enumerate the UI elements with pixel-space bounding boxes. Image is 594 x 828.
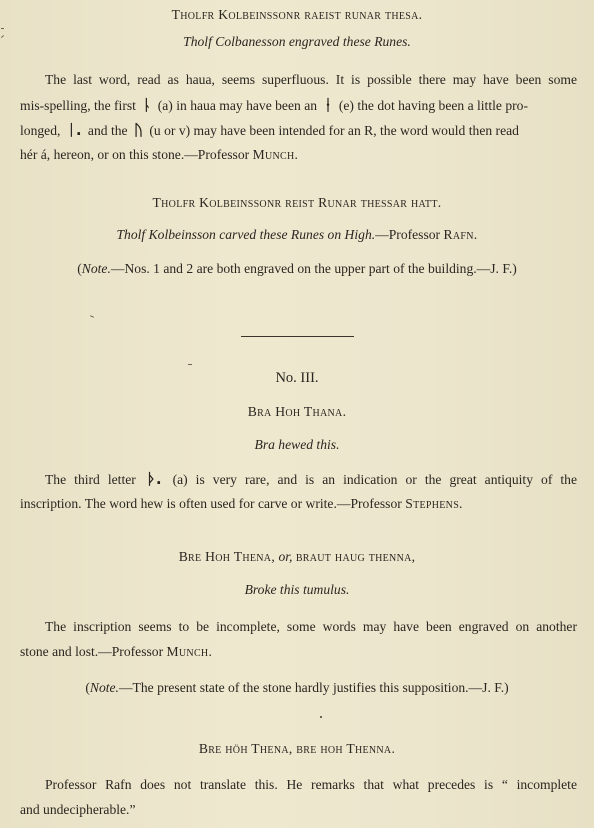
heading-part: braut haug thenna, (296, 549, 415, 564)
editor-note-1: (Note.—Nos. 1 and 2 are both engraved on… (0, 260, 594, 278)
text-span: (e) the dot having been a little pro- (339, 98, 528, 113)
paragraph-line: The last word, read as haua, seems super… (20, 71, 577, 89)
paragraph-line: Professor Rafn does not translate this. … (20, 776, 577, 794)
inscription-translation-3: Bra hewed this. (0, 436, 594, 454)
section-divider-rule (241, 336, 354, 337)
inscription-heading-2: Tholfr Kolbeinssonr reist Runar thessar … (0, 194, 594, 212)
author-name: Munch. (253, 147, 299, 162)
paragraph-line: longed, ᛁ. and the ᚢ (u or v) may have b… (20, 121, 577, 140)
note-label: Note. (82, 261, 111, 276)
heading-part: Bre Hoh Thena, (179, 549, 275, 564)
inscription-translation-2: Tholf Kolbeinsson carved these Runes on … (0, 226, 594, 244)
text-span: mis-spelling, the first (20, 98, 136, 113)
rune-dotted-glyph: ᛁ. (64, 121, 85, 139)
text-span: longed, (20, 123, 60, 138)
text-span: (a) is very rare, and is an indication o… (173, 472, 577, 487)
text-span: and the (88, 123, 128, 138)
inscription-translation-1: Tholf Colbanesson engraved these Runes. (0, 33, 594, 51)
paper-speck (90, 315, 94, 318)
rune-a-glyph: ᚿ (139, 96, 154, 114)
note-text: —Nos. 1 and 2 are both engraved on the u… (111, 261, 517, 276)
text-span: stone and lost.—Professor (20, 644, 163, 659)
inscription-heading-5: Bre höh Thena, bre hoh Thenna. (0, 740, 594, 758)
text-span: The third letter (45, 472, 136, 487)
inscription-translation-4: Broke this tumulus. (0, 581, 594, 599)
note-text: —The present state of the stone hardly j… (119, 680, 509, 695)
rune-thorn-glyph: ᚦ. (144, 470, 165, 488)
editor-note-2: (Note.—The present state of the stone ha… (0, 679, 594, 697)
paragraph-line: mis-spelling, the first ᚿ (a) in haua ma… (20, 96, 577, 115)
paragraph-line: hér á, hereon, or on this stone.—Profess… (20, 146, 298, 164)
paper-speck (320, 716, 322, 718)
author-name: Rafn. (444, 227, 478, 242)
text-span: hér á, hereon, or on this stone.—Profess… (20, 147, 249, 162)
inscription-heading-1: Tholfr Kolbeinssonr raeist runar thesa. (0, 6, 594, 24)
paper-speck (188, 364, 192, 365)
note-label: Note. (90, 680, 119, 695)
text-span: (u or v) may have been intended for an R… (149, 123, 519, 138)
document-page: Tholfr Kolbeinssonr raeist runar thesa. … (0, 0, 594, 828)
paper-speck (1, 28, 4, 29)
inscription-heading-4: Bre Hoh Thena, or, braut haug thenna, (0, 548, 594, 566)
translation-text: Tholf Kolbeinsson carved these Runes on … (117, 227, 376, 242)
text-span: inscription. The word hew is often used … (20, 496, 402, 511)
paragraph-line: inscription. The word hew is often used … (20, 495, 463, 513)
attribution-prefix: —Professor (375, 227, 440, 242)
paragraph-line: stone and lost.—Professor Munch. (20, 643, 212, 661)
inscription-heading-3: Bra Hoh Thana. (0, 403, 594, 421)
author-name: Stephens. (405, 496, 463, 511)
paragraph-line: and undecipherable.” (20, 801, 136, 819)
text-span: (a) in haua may have been an (158, 98, 317, 113)
paragraph-line: The third letter ᚦ. (a) is very rare, an… (20, 470, 577, 489)
author-name: Munch. (167, 644, 213, 659)
rune-e-glyph: ᚽ (320, 96, 335, 114)
paragraph-line: The inscription seems to be incomplete, … (20, 618, 577, 636)
heading-or: or, (278, 549, 292, 564)
rune-u-glyph: ᚢ (131, 121, 146, 139)
section-number: No. III. (0, 369, 594, 387)
